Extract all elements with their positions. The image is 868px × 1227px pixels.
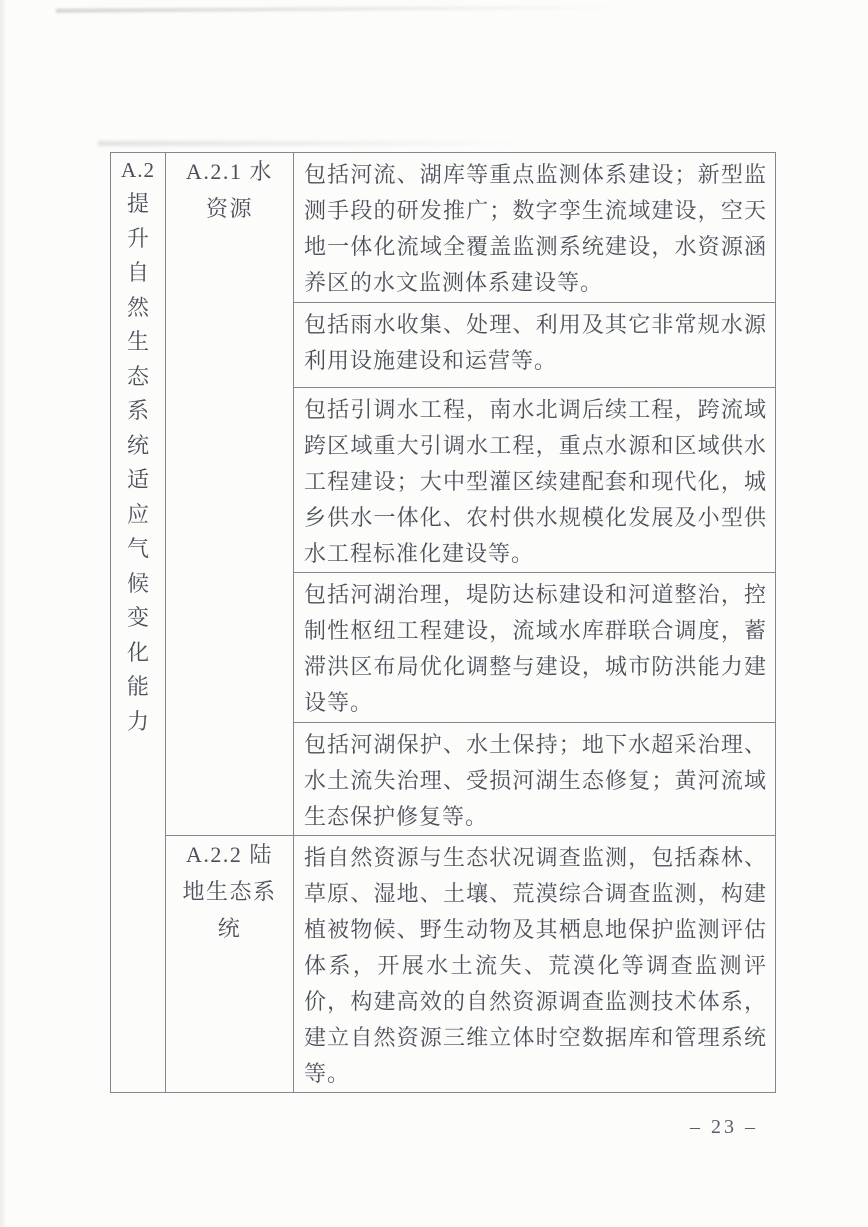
- content-text: 包括河流、湖库等重点监测体系建设；新型监测手段的研发推广；数字孪生流域建设，空天…: [304, 157, 767, 301]
- content-cell: 包括引调水工程，南水北调后续工程，跨流域跨区域重大引调水工程，重点水源和区域供水…: [294, 388, 776, 573]
- scan-streak-artifact: [56, 5, 624, 12]
- content-cell: 包括雨水收集、处理、利用及其它非常规水源利用设施建设和运营等。: [294, 303, 776, 388]
- document-page: A.2 提升自然生态系统适应气候变化能力 A.2.1 水 资源 包括河流、湖库等…: [0, 0, 868, 1227]
- page-number: – 23 –: [690, 1116, 758, 1139]
- content-text: 指自然资源与生态状况调查监测，包括森林、草原、湿地、土壤、荒漠综合调查监测，构建…: [304, 840, 767, 1092]
- content-cell: 包括河湖保护、水土保持；地下水超采治理、水土流失治理、受损河湖生态修复；黄河流域…: [294, 723, 776, 836]
- category-a21-label-line: 资源: [172, 190, 287, 227]
- content-cell: 指自然资源与生态状况调查监测，包括森林、草原、湿地、土壤、荒漠综合调查监测，构建…: [294, 836, 776, 1093]
- category-cell-a21: A.2.1 水 资源: [166, 153, 294, 836]
- row-header-title-vertical: 提升自然生态系统适应气候变化能力: [126, 187, 151, 739]
- category-a21-label-line: A.2.1 水: [172, 153, 287, 190]
- category-cell-a22: A.2.2 陆 地生态系 统: [166, 836, 294, 1093]
- scan-edge-shading: [0, 0, 7, 1227]
- row-header-code: A.2: [111, 153, 165, 187]
- content-text: 包括引调水工程，南水北调后续工程，跨流域跨区域重大引调水工程，重点水源和区域供水…: [304, 392, 767, 572]
- content-cell: 包括河湖治理，堤防达标建设和河道整治，控制性枢纽工程建设，流域水库群联合调度，蓄…: [294, 573, 776, 723]
- category-a22-label-line: 地生态系: [172, 873, 287, 910]
- content-cell: 包括河流、湖库等重点监测体系建设；新型监测手段的研发推广；数字孪生流域建设，空天…: [294, 153, 776, 303]
- category-a22-label-line: A.2.2 陆: [172, 836, 287, 873]
- scan-smudge-artifact: [98, 141, 528, 146]
- category-a22-label-line: 统: [172, 910, 287, 947]
- content-text: 包括雨水收集、处理、利用及其它非常规水源利用设施建设和运营等。: [304, 307, 767, 379]
- content-text: 包括河湖保护、水土保持；地下水超采治理、水土流失治理、受损河湖生态修复；黄河流域…: [304, 727, 767, 835]
- document-table: A.2 提升自然生态系统适应气候变化能力 A.2.1 水 资源 包括河流、湖库等…: [110, 152, 776, 1093]
- content-text: 包括河湖治理，堤防达标建设和河道整治，控制性枢纽工程建设，流域水库群联合调度，蓄…: [304, 577, 767, 721]
- row-header-cell-a2: A.2 提升自然生态系统适应气候变化能力: [111, 153, 166, 1093]
